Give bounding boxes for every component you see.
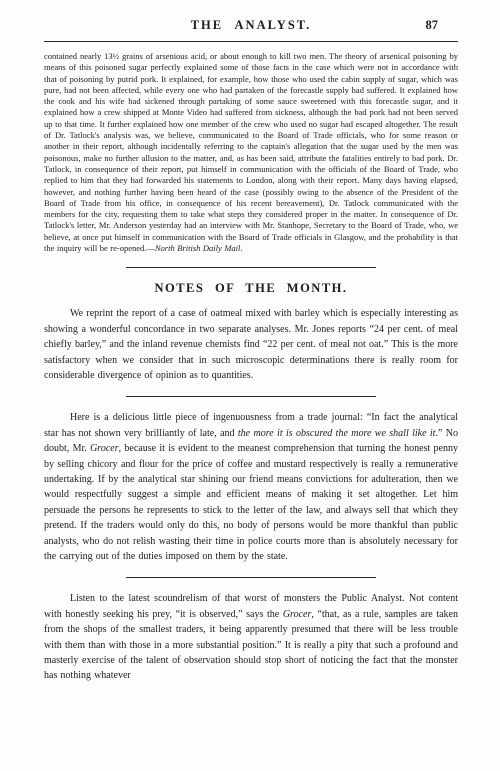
scanned-journal-page: THE ANALYST. 87 contained nearly 13½ gra…	[0, 0, 500, 771]
note-divider-2	[126, 577, 376, 578]
page-number: 87	[426, 18, 439, 33]
journal-title: THE ANALYST.	[44, 18, 458, 33]
section-divider	[126, 267, 376, 268]
header-rule	[44, 41, 458, 42]
page-content: THE ANALYST. 87 contained nearly 13½ gra…	[44, 18, 458, 684]
note-paragraph-public-analyst: Listen to the latest scoundrelism of tha…	[44, 591, 458, 683]
running-head: THE ANALYST. 87	[44, 18, 458, 36]
note-divider-1	[126, 396, 376, 397]
section-title: NOTES OF THE MONTH.	[44, 281, 458, 296]
continued-article-paragraph: contained nearly 13½ grains of arsenious…	[44, 51, 458, 254]
note-paragraph-oatmeal: We reprint the report of a case of oatme…	[44, 306, 458, 383]
note-paragraph-trade-journal: Here is a delicious little piece of inge…	[44, 410, 458, 564]
